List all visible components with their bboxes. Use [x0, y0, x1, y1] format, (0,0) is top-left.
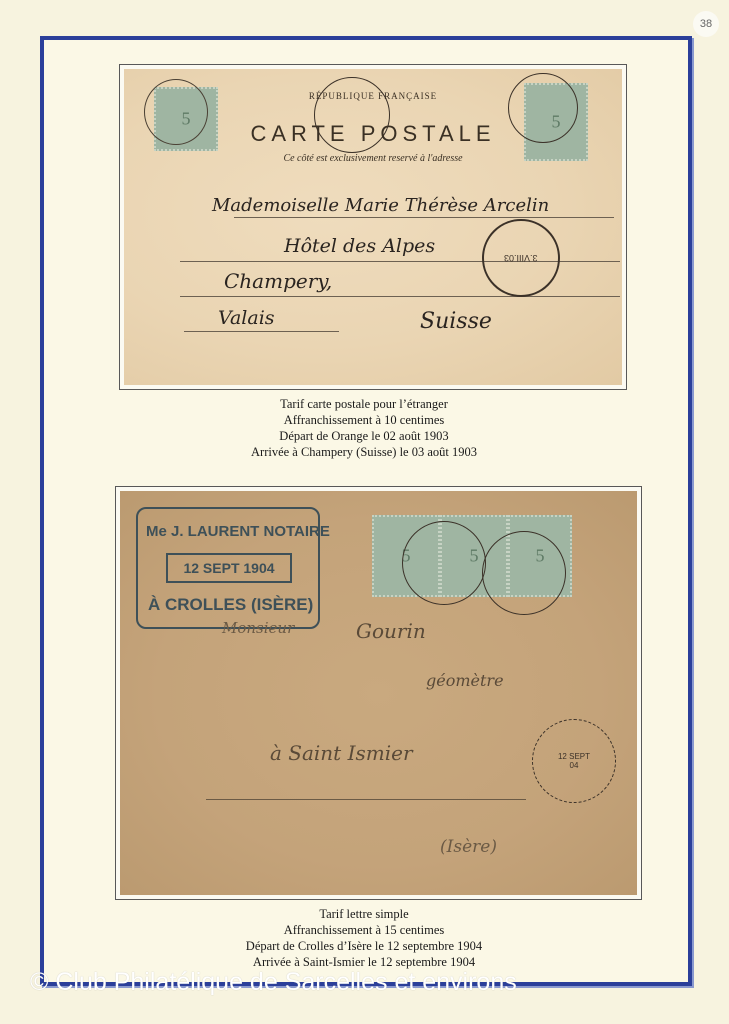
postmark-crolles-2 [482, 531, 566, 615]
envelope-mount: Me J. LAURENT NOTAIRE 12 SEPT 1904 À CRO… [115, 486, 642, 900]
notary-stamp: Me J. LAURENT NOTAIRE 12 SEPT 1904 À CRO… [136, 507, 320, 629]
address-line-5: Suisse [420, 309, 492, 334]
postmark-crolles-arrival: 12 SEPT 04 [532, 719, 616, 803]
address-rule [206, 799, 526, 800]
caption-line: Affranchissement à 15 centimes [40, 922, 688, 938]
address-rule [180, 296, 620, 297]
caption-line: Départ de Crolles d’Isère le 12 septembr… [40, 938, 688, 954]
printed-title: CARTE POSTALE [124, 121, 622, 147]
printed-subtitle: Ce côté est exclusivement reservé à l'ad… [124, 153, 622, 164]
caption-line: Affranchissement à 10 centimes [40, 412, 688, 428]
notary-stamp-line1: Me J. LAURENT NOTAIRE [146, 523, 330, 540]
caption-line: Tarif carte postale pour l’étranger [40, 396, 688, 412]
postmark-date: 12 SEPT 04 [554, 752, 594, 770]
postcard: 5 5 RÉPUBLIQUE FRANÇAISE CARTE POSTALE C… [124, 69, 622, 385]
envelope-caption: Tarif lettre simple Affranchissement à 1… [40, 906, 688, 970]
address-line-5: (Isère) [440, 837, 497, 857]
postcard-mount: 5 5 RÉPUBLIQUE FRANÇAISE CARTE POSTALE C… [119, 64, 627, 390]
postmark-date: 3.VIII.03 [504, 253, 538, 263]
caption-line: Arrivée à Champery (Suisse) le 03 août 1… [40, 444, 688, 460]
postmark-champery: 3.VIII.03 [482, 219, 560, 297]
caption-line: Tarif lettre simple [40, 906, 688, 922]
notary-stamp-date: 12 SEPT 1904 [166, 553, 292, 583]
address-line-3: Champery, [224, 269, 332, 293]
address-rule [184, 331, 339, 332]
printed-header: RÉPUBLIQUE FRANÇAISE [124, 91, 622, 101]
copyright-watermark: © Club Philatélique de Sarcelles et envi… [30, 968, 517, 997]
address-line-2: Hôtel des Alpes [284, 235, 435, 257]
page-number: 38 [693, 11, 719, 37]
address-rule [234, 217, 614, 218]
address-line-1: Monsieur [222, 619, 294, 637]
envelope: Me J. LAURENT NOTAIRE 12 SEPT 1904 À CRO… [120, 491, 637, 895]
address-line-1: Mademoiselle Marie Thérèse Arcelin [212, 195, 549, 216]
postmark-crolles-1 [402, 521, 486, 605]
address-line-4: à Saint Ismier [270, 741, 413, 765]
postcard-caption: Tarif carte postale pour l’étranger Affr… [40, 396, 688, 460]
caption-line: Départ de Orange le 02 août 1903 [40, 428, 688, 444]
address-line-3: géomètre [426, 671, 504, 690]
address-line-4: Valais [218, 307, 275, 329]
notary-stamp-line3: À CROLLES (ISÈRE) [148, 595, 313, 615]
address-line-2: Gourin [356, 619, 426, 643]
